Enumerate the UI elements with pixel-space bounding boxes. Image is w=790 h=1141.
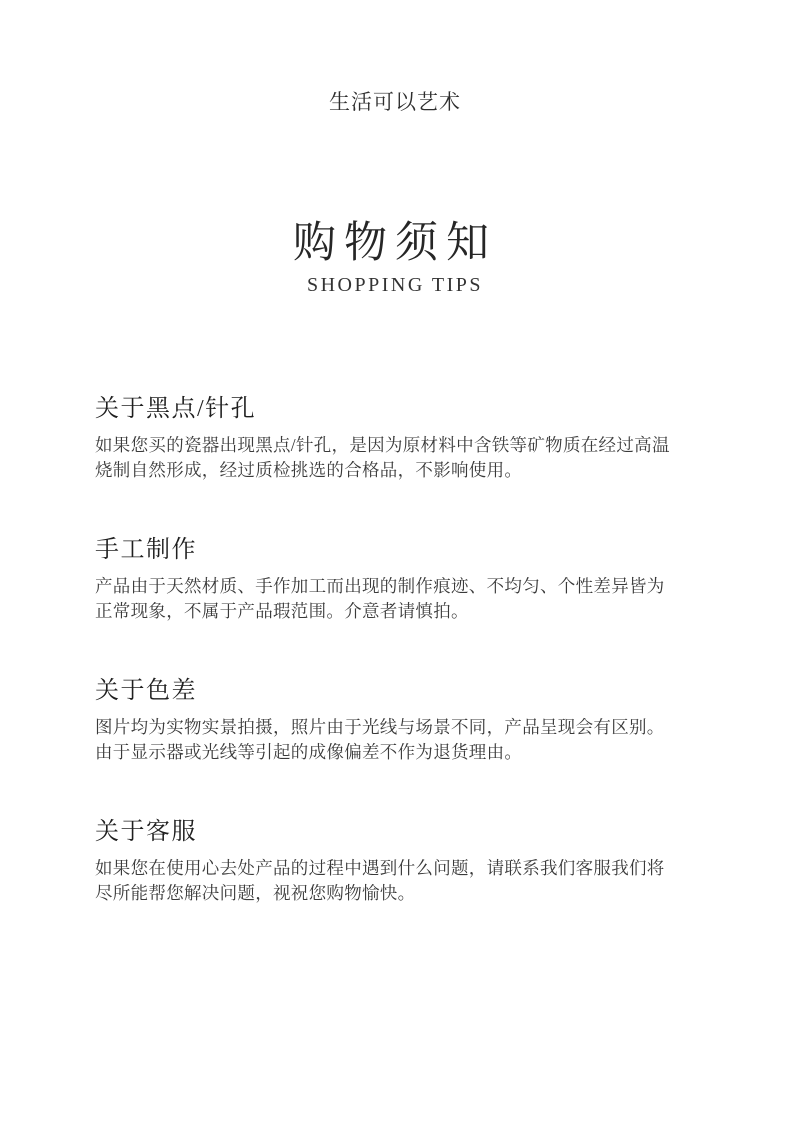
section-heading: 关于色差 (95, 676, 707, 706)
brand-tagline: 生活可以艺术 (0, 86, 790, 116)
section-black-spots: 关于黑点/针孔 如果您买的瓷器出现黑点/针孔，是因为原材料中含铁等矿物质在经过高… (95, 394, 707, 483)
tips-sections: 关于黑点/针孔 如果您买的瓷器出现黑点/针孔，是因为原材料中含铁等矿物质在经过高… (95, 394, 707, 958)
section-heading: 关于客服 (95, 817, 707, 847)
title-block: 购物须知 SHOPPING TIPS (0, 220, 790, 297)
section-color-difference: 关于色差 图片均为实物实景拍摄，照片由于光线与场景不同，产品呈现会有区别。 由于… (95, 676, 707, 765)
page-subtitle: SHOPPING TIPS (0, 274, 790, 297)
section-body: 图片均为实物实景拍摄，照片由于光线与场景不同，产品呈现会有区别。 由于显示器或光… (95, 715, 707, 765)
section-body: 如果您在使用心去处产品的过程中遇到什么问题，请联系我们客服我们将 尽所能帮您解决… (95, 856, 707, 906)
section-handmade: 手工制作 产品由于天然材质、手作加工而出现的制作痕迹、不均匀、个性差异皆为 正常… (95, 535, 707, 624)
section-customer-service: 关于客服 如果您在使用心去处产品的过程中遇到什么问题，请联系我们客服我们将 尽所… (95, 817, 707, 906)
section-heading: 手工制作 (95, 535, 707, 565)
shopping-tips-page: 生活可以艺术 购物须知 SHOPPING TIPS 关于黑点/针孔 如果您买的瓷… (0, 0, 790, 1141)
section-heading: 关于黑点/针孔 (95, 394, 707, 424)
section-body: 如果您买的瓷器出现黑点/针孔，是因为原材料中含铁等矿物质在经过高温 烧制自然形成… (95, 433, 707, 483)
page-title: 购物须知 (0, 220, 790, 267)
section-body: 产品由于天然材质、手作加工而出现的制作痕迹、不均匀、个性差异皆为 正常现象，不属… (95, 574, 707, 624)
